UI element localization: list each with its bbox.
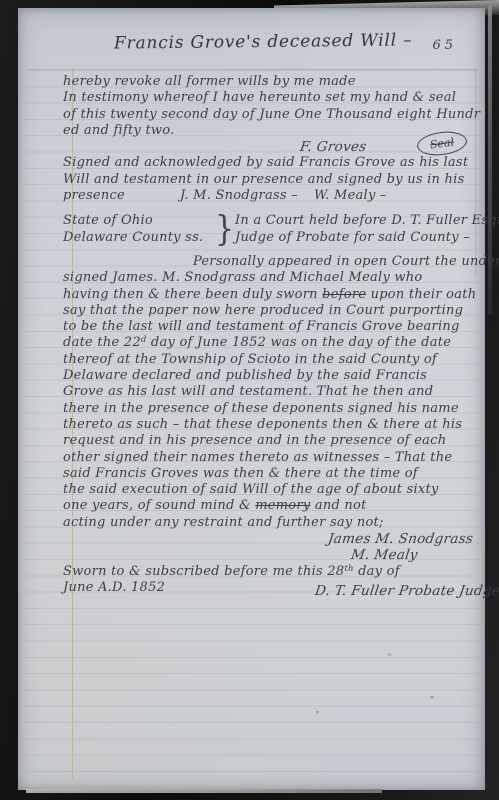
text-line: In testimony whereof I have hereunto set… [63,90,469,106]
text-segment: Signed and acknowledged by said Francis … [63,155,468,170]
text-segment: other signed their names thereto as witn… [63,450,452,465]
venue-block: State of Ohio Delaware County ss. } In a… [63,213,469,246]
text-segment: F. Groves [299,139,368,155]
page-stack-edge [26,789,382,793]
venue-left-column: State of Ohio Delaware County ss. [63,213,215,246]
document-body: hereby revoke all former wills by me mad… [63,74,469,600]
text-line: Personally appeared in open Court the un… [63,254,469,270]
text-segment: d [141,335,147,345]
text-line: thereof at the Township of Scioto in the… [63,352,469,368]
text-line: date the 22d day of June 1852 was on the… [63,335,469,351]
text-segment: there in the presence of these deponents… [63,401,459,416]
text-line: other signed their names thereto as witn… [63,450,469,466]
text-segment: the said execution of said Will of the a… [63,482,439,497]
text-segment: J. M. Snodgrass – [180,188,298,203]
text-line: Sworn to & subscribed before me this 28t… [63,564,469,580]
text-line: hereby revoke all former wills by me mad… [63,74,469,90]
text-line: to be the last will and testament of Fra… [63,319,469,335]
venue-state: State of Ohio [63,213,215,229]
text-segment: M. Mealy [350,547,419,563]
text-line: ed and fifty two. [63,123,469,139]
header-rule-line [28,69,475,70]
text-segment: presence [63,188,125,203]
text-line: request and in his presence and in the p… [63,433,469,449]
text-segment: th [344,564,353,574]
text-segment: request and in his presence and in the p… [63,433,446,448]
text-segment: said Francis Groves was then & there at … [63,466,418,481]
text-line: of this twenty second day of June One Th… [63,107,469,123]
venue-county: Delaware County ss. [63,230,215,246]
venue-court-line: In a Court held before D. T. Fuller Esqr… [235,213,499,229]
text-line: the said execution of said Will of the a… [63,482,469,498]
text-segment: to be the last will and testament of Fra… [63,319,460,334]
text-line: said Francis Groves was then & there at … [63,466,469,482]
text-segment: and not [310,498,366,513]
text-segment: say that the paper now here produced in … [63,303,463,318]
text-line: one years, of sound mind & memory and no… [63,498,469,514]
text-line: signed James. M. Snodgrass and Michael M… [63,270,469,286]
text-segment: thereof at the Township of Scioto in the… [63,352,437,367]
scanned-ledger-page: Francis Grove's deceased Will – 65 Seal … [0,0,499,800]
text-segment: ed and fifty two. [63,123,175,138]
text-segment: of this twenty second day of June One Th… [63,107,480,122]
text-line: F. Groves [63,139,469,155]
probate-section: Personally appeared in open Court the un… [63,254,469,600]
text-segment: Sworn to & subscribed before me this 28 [63,564,344,579]
page-title: Francis Grove's deceased Will – [114,30,413,53]
text-segment: James M. Snodgrass [327,531,474,547]
page-number: 65 [432,38,457,53]
paper-speck [388,653,391,656]
text-line: say that the paper now here produced in … [63,303,469,319]
text-segment: D. T. Fuller Probate Judge [314,583,499,599]
text-line: presenceJ. M. Snodgrass –W. Mealy – [63,188,469,204]
venue-right-column: In a Court held before D. T. Fuller Esqr… [235,213,499,246]
text-segment: hereby revoke all former wills by me mad… [63,74,356,89]
opening-section: hereby revoke all former wills by me mad… [63,74,469,204]
paper-speck [430,696,434,699]
text-segment: acting under any restraint and further s… [63,515,384,530]
paper-speck [265,79,268,82]
text-segment: having then & there been duly sworn [63,287,322,302]
text-line: M. Mealy [63,547,469,563]
text-segment: Personally appeared in open Court the un… [193,254,499,269]
text-line: Will and testament in our presence and s… [63,172,469,188]
text-line: James M. Snodgrass [63,531,469,547]
text-segment: In testimony whereof I have hereunto set… [63,90,456,105]
ledger-paper: Francis Grove's deceased Will – 65 Seal … [18,8,485,790]
text-segment: date the 22 [63,335,141,350]
text-segment: day of June 1852 was on the day of the d… [147,335,452,350]
paper-speck [316,711,319,713]
text-segment: Grove as his last will and testament. Th… [63,384,433,399]
text-segment: upon their oath [366,287,476,302]
brace-glyph: } [215,212,235,247]
text-line: thereto as such – that these deponents t… [63,417,469,433]
text-segment: thereto as such – that these deponents t… [63,417,462,432]
text-line: Signed and acknowledged by said Francis … [63,155,469,171]
venue-judge-line: Judge of Probate for said County – [235,230,499,246]
text-segment: Will and testament in our presence and s… [63,172,465,187]
text-segment: signed James. M. Snodgrass and Michael M… [63,270,423,285]
text-segment: one years, of sound mind & [63,498,255,513]
text-line: Grove as his last will and testament. Th… [63,384,469,400]
text-segment: W. Mealy – [314,188,387,203]
text-line: Delaware declared and published by the s… [63,368,469,384]
text-segment: memory [255,498,310,513]
text-line: there in the presence of these deponents… [63,401,469,417]
text-segment: June A.D. 1852 [63,580,165,595]
text-line: having then & there been duly sworn befo… [63,287,469,303]
text-segment: day of [354,564,400,579]
text-segment: before [322,287,366,302]
text-segment: Delaware declared and published by the s… [63,368,427,383]
text-line: acting under any restraint and further s… [63,515,469,531]
